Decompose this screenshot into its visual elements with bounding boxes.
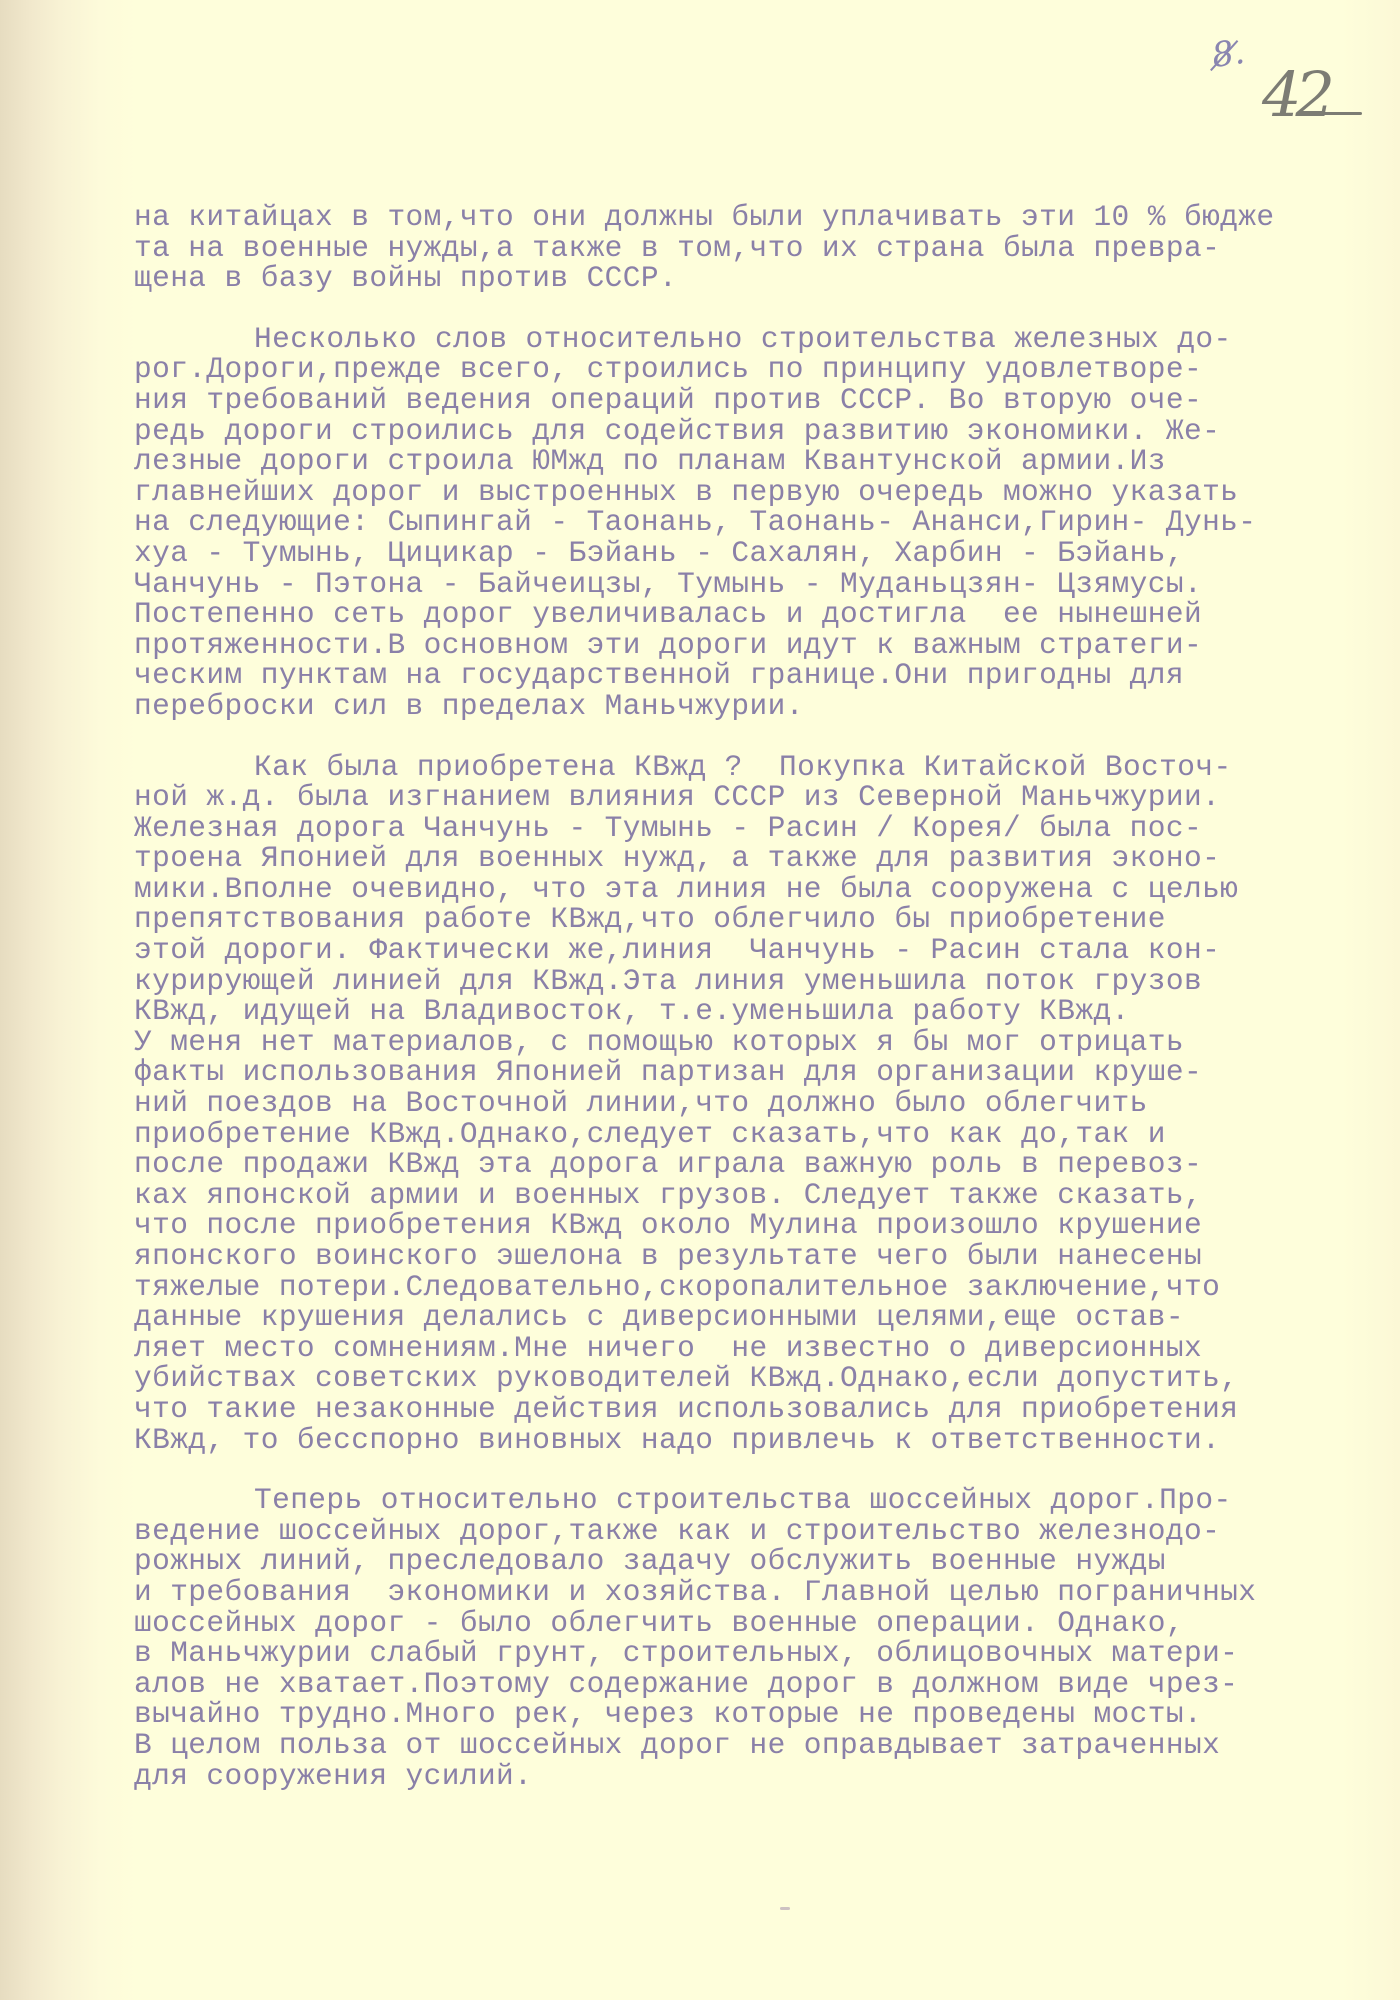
text-line: переброски сил в пределах Маньчжурии. — [134, 691, 1400, 722]
text-line: щена в базу войны против СССР. — [134, 263, 1400, 294]
text-line: У меня нет материалов, с помощью которых… — [134, 1027, 1400, 1058]
text-line: препятствования работе КВжд,что облегчил… — [134, 904, 1400, 935]
text-line: Железная дорога Чанчунь - Тумынь - Расин… — [134, 813, 1400, 844]
text-line: данные крушения делались с диверсионными… — [134, 1302, 1400, 1333]
text-line: и требования экономики и хозяйства. Глав… — [134, 1577, 1400, 1608]
text-line: Несколько слов относительно строительств… — [134, 324, 1400, 355]
text-line: хуа - Тумынь, Цицикар - Бэйань - Сахалян… — [134, 538, 1400, 569]
text-line: после продажи КВжд эта дорога играла важ… — [134, 1149, 1400, 1180]
text-line: Чанчунь - Пэтона - Байчеицзы, Тумынь - М… — [134, 569, 1400, 600]
text-line: ний поездов на Восточной линии,что должн… — [134, 1088, 1400, 1119]
text-line: ческим пунктам на государственной границ… — [134, 660, 1400, 691]
text-line: на следующие: Сыпингай - Таонань, Таонан… — [134, 507, 1400, 538]
sheet-number: 8. — [1209, 32, 1247, 76]
text-line: вычайно трудно.Много рек, через которые … — [134, 1699, 1400, 1730]
text-line: Теперь относительно строительства шоссей… — [134, 1485, 1400, 1516]
text-line: факты использования Японией партизан для… — [134, 1057, 1400, 1088]
text-line: что после приобретения КВжд около Мулина… — [134, 1210, 1400, 1241]
text-line: протяженности.В основном эти дороги идут… — [134, 630, 1400, 661]
scan-artifact — [780, 1907, 790, 1910]
text-line: что такие незаконные действия использова… — [134, 1394, 1400, 1425]
text-line: ляет место сомнениям.Мне ничего не извес… — [134, 1333, 1400, 1364]
text-line: ной ж.д. была изгнанием влияния СССР из … — [134, 782, 1400, 813]
text-line: убийствах советских руководителей КВжд.О… — [134, 1363, 1400, 1394]
text-line: КВжд, то бесспорно виновных надо привлеч… — [134, 1425, 1400, 1456]
text-line: рог.Дороги,прежде всего, строились по пр… — [134, 354, 1400, 385]
paragraph-highways: Теперь относительно строительства шоссей… — [134, 1485, 1400, 1791]
text-line: лезные дороги строила ЮМжд по планам Ква… — [134, 446, 1400, 477]
text-line: ния требований ведения операций против С… — [134, 385, 1400, 416]
text-line: ках японской армии и военных грузов. Сле… — [134, 1180, 1400, 1211]
text-line: главнейших дорог и выстроенных в первую … — [134, 477, 1400, 508]
text-line: приобретение КВжд.Однако,следует сказать… — [134, 1119, 1400, 1150]
text-line: шоссейных дорог - было облегчить военные… — [134, 1608, 1400, 1639]
text-line: в Маньчжурии слабый грунт, строительных,… — [134, 1638, 1400, 1669]
text-line: троена Японией для военных нужд, а также… — [134, 843, 1400, 874]
document-page: 8. 42 на китайцах в том,что они должны б… — [0, 0, 1400, 2000]
text-line: японского воинского эшелона в результате… — [134, 1241, 1400, 1272]
text-line: В целом польза от шоссейных дорог не опр… — [134, 1730, 1400, 1761]
text-line: та на военные нужды,а также в том,что их… — [134, 233, 1400, 264]
text-line: для сооружения усилий. — [134, 1761, 1400, 1792]
folio-number: 42 — [1262, 58, 1329, 131]
text-line: Как была приобретена КВжд ? Покупка Кита… — [134, 752, 1400, 783]
text-line: тяжелые потери.Следовательно,скоропалите… — [134, 1272, 1400, 1303]
paragraph-railways: Несколько слов относительно строительств… — [134, 324, 1400, 722]
text-line: ведение шоссейных дорог,также как и стро… — [134, 1516, 1400, 1547]
paragraph-kvzhd: Как была приобретена КВжд ? Покупка Кита… — [134, 752, 1400, 1456]
text-line: алов не хватает.Поэтому содержание дорог… — [134, 1669, 1400, 1700]
text-line: редь дороги строились для содействия раз… — [134, 416, 1400, 447]
paragraph-continuation: на китайцах в том,что они должны были уп… — [134, 202, 1400, 294]
text-line: Постепенно сеть дорог увеличивалась и до… — [134, 599, 1400, 630]
text-line: этой дороги. Фактически же,линия Чанчунь… — [134, 935, 1400, 966]
document-body: на китайцах в том,что они должны были уп… — [134, 202, 1400, 1821]
text-line: на китайцах в том,что они должны были уп… — [134, 202, 1400, 233]
text-line: рожных линий, преследовало задачу обслуж… — [134, 1546, 1400, 1577]
text-line: КВжд, идущей на Владивосток, т.е.уменьши… — [134, 996, 1400, 1027]
text-line: мики.Вполне очевидно, что эта линия не б… — [134, 874, 1400, 905]
text-line: курирующей линией для КВжд.Эта линия уме… — [134, 966, 1400, 997]
